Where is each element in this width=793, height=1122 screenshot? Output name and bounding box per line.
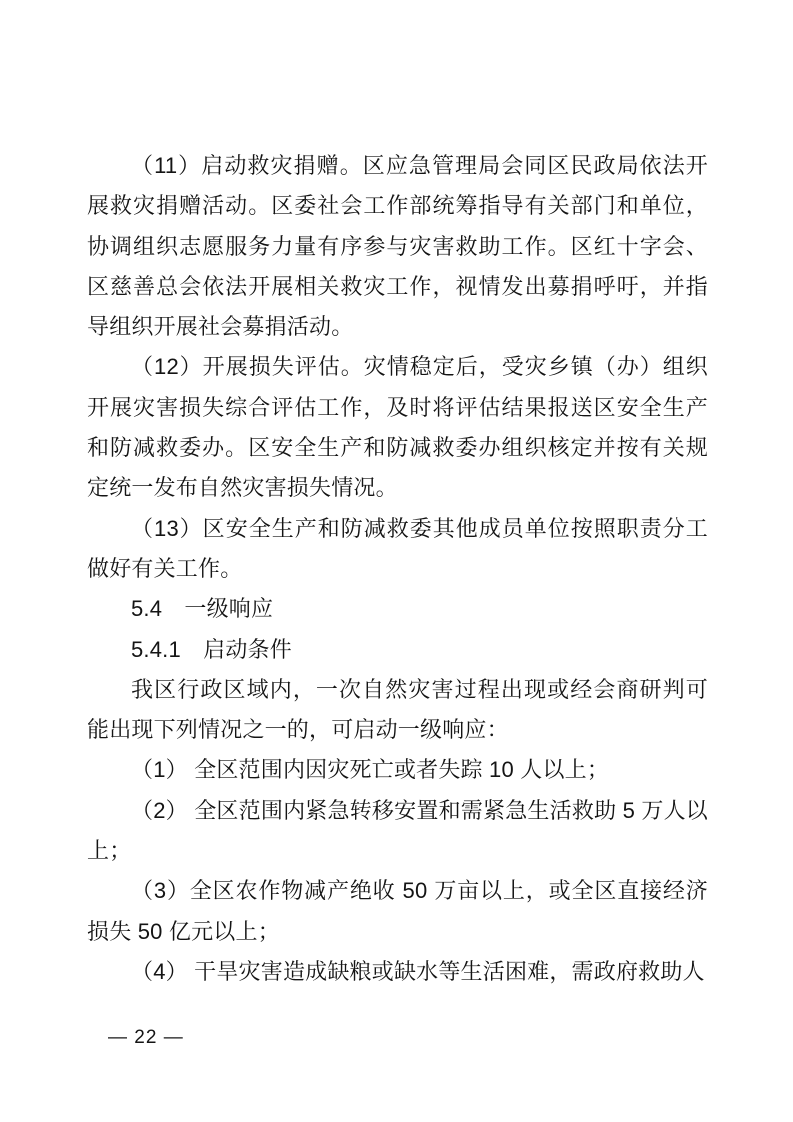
paragraph-11: （11）启动救灾捐赠。区应急管理局会同区民政局依法开展救灾捐赠活动。区委社会工作… [87,146,708,347]
list-item-4: （4） 干旱灾害造成缺粮或缺水等生活困难，需政府救助人 [87,952,708,992]
list-item-2: （2） 全区范围内紧急转移安置和需紧急生活救助 5 万人以上； [87,791,708,872]
list-item-1: （1） 全区范围内因灾死亡或者失踪 10 人以上； [87,750,708,790]
paragraph-12: （12）开展损失评估。灾情稳定后，受灾乡镇（办）组织开展灾害损失综合评估工作，及… [87,347,708,508]
section-heading-5-4: 5.4 一级响应 [87,589,708,629]
page-number: — 22 — [108,1026,184,1050]
section-heading-5-4-1: 5.4.1 启动条件 [87,630,708,670]
paragraph-13: （13）区安全生产和防减救委其他成员单位按照职责分工做好有关工作。 [87,509,708,590]
document-body-text: （11）启动救灾捐赠。区应急管理局会同区民政局依法开展救灾捐赠活动。区委社会工作… [87,146,708,992]
document-page: （11）启动救灾捐赠。区应急管理局会同区民政局依法开展救灾捐赠活动。区委社会工作… [0,0,793,1122]
list-item-3: （3）全区农作物减产绝收 50 万亩以上，或全区直接经济损失 50 亿元以上； [87,871,708,952]
intro-paragraph: 我区行政区域内，一次自然灾害过程出现或经会商研判可能出现下列情况之一的，可启动一… [87,670,708,751]
